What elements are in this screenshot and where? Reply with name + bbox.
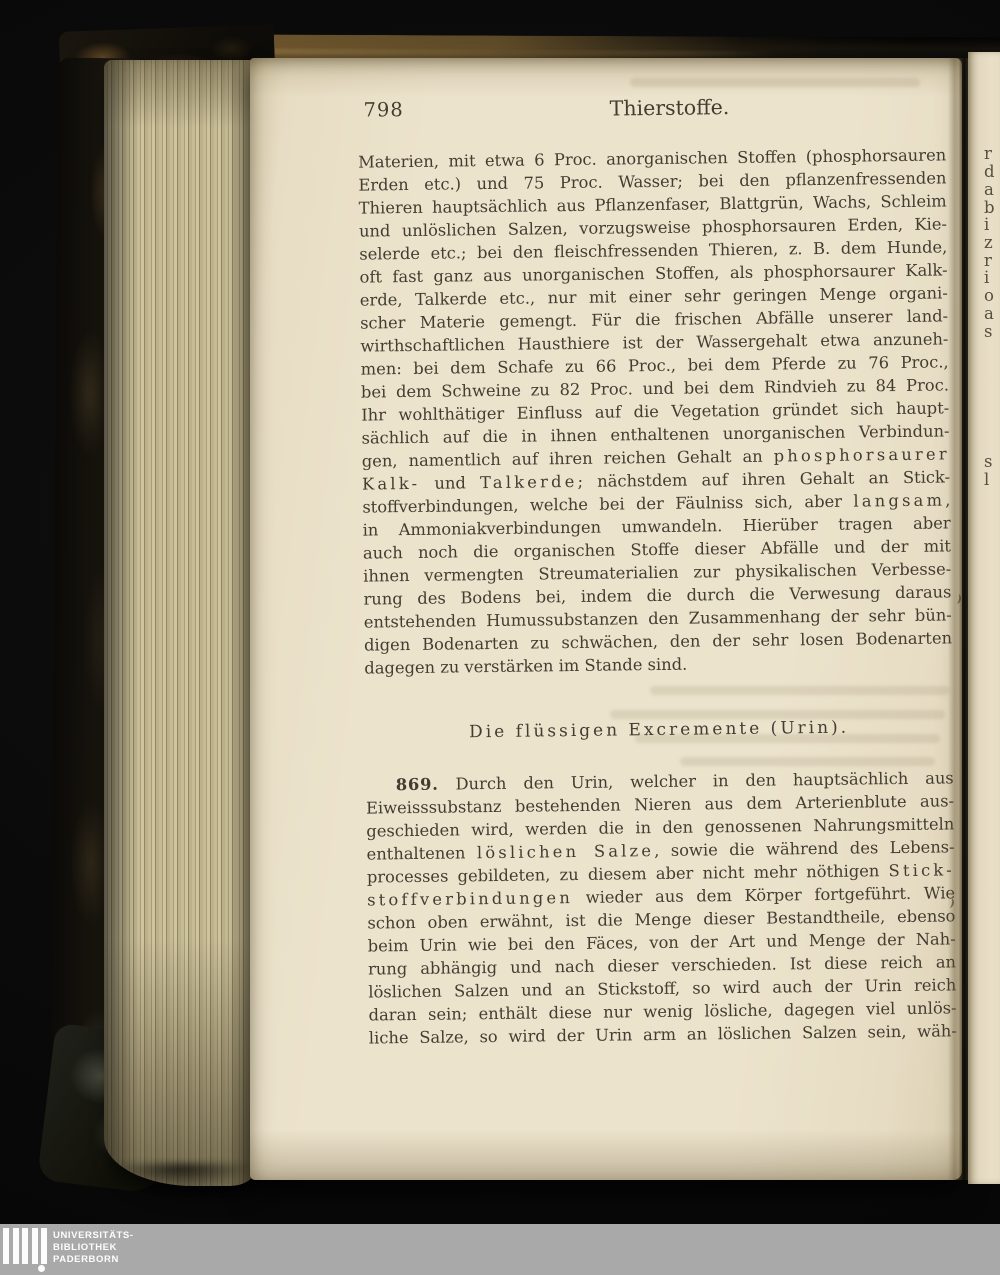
- book-page: 798 Thierstoffe. Materien, mit etwa 6 Pr…: [250, 58, 962, 1180]
- library-name: UNIVERSITÄTS- BIBLIOTHEK PADERBORN: [53, 1230, 134, 1267]
- facing-page-text-fragment: s: [984, 322, 992, 341]
- facing-page-text-fragment: r: [984, 144, 992, 163]
- facing-page-text-fragment: i: [984, 215, 989, 234]
- page-header: 798 Thierstoffe.: [357, 89, 945, 126]
- facing-page-text-fragment: a: [984, 180, 994, 199]
- facing-page-text-fragment: l: [984, 470, 989, 489]
- facing-page-text-fragment: i: [984, 268, 989, 287]
- facing-page-text-fragment: o: [984, 286, 994, 305]
- ub-paderborn-logo-dot-icon: [38, 1265, 45, 1272]
- facing-page-text-fragment: a: [984, 304, 994, 323]
- library-footer-band: UNIVERSITÄTS- BIBLIOTHEK PADERBORN: [0, 1224, 1000, 1275]
- library-name-line: BIBLIOTHEK: [53, 1242, 134, 1254]
- library-name-line: PADERBORN: [53, 1254, 134, 1266]
- paragraph: Materien, mit etwa 6 Proc. anorganischen…: [358, 143, 952, 679]
- page-gutter-crease: [948, 58, 970, 1180]
- facing-page-edge: rdabizrioassl: [968, 52, 1000, 1184]
- running-title: Thierstoffe.: [610, 95, 730, 120]
- facing-page-text-fragment: z: [984, 233, 993, 252]
- paragraph: 869. Durch den Urin, welcher in den haup…: [366, 766, 957, 1049]
- show-through-artifact: [630, 78, 920, 87]
- facing-page-text-fragment: s: [984, 452, 992, 471]
- section-heading: Die flüssigen Excremente (Urin).: [365, 714, 953, 745]
- library-name-line: UNIVERSITÄTS-: [53, 1230, 134, 1242]
- facing-page-text-fragment: d: [984, 162, 995, 181]
- page-stack-fore-edge: [104, 60, 256, 1186]
- page-text: 798 Thierstoffe. Materien, mit etwa 6 Pr…: [357, 89, 957, 1049]
- book-scan: 798 Thierstoffe. Materien, mit etwa 6 Pr…: [0, 0, 1000, 1275]
- page-number: 798: [363, 98, 404, 121]
